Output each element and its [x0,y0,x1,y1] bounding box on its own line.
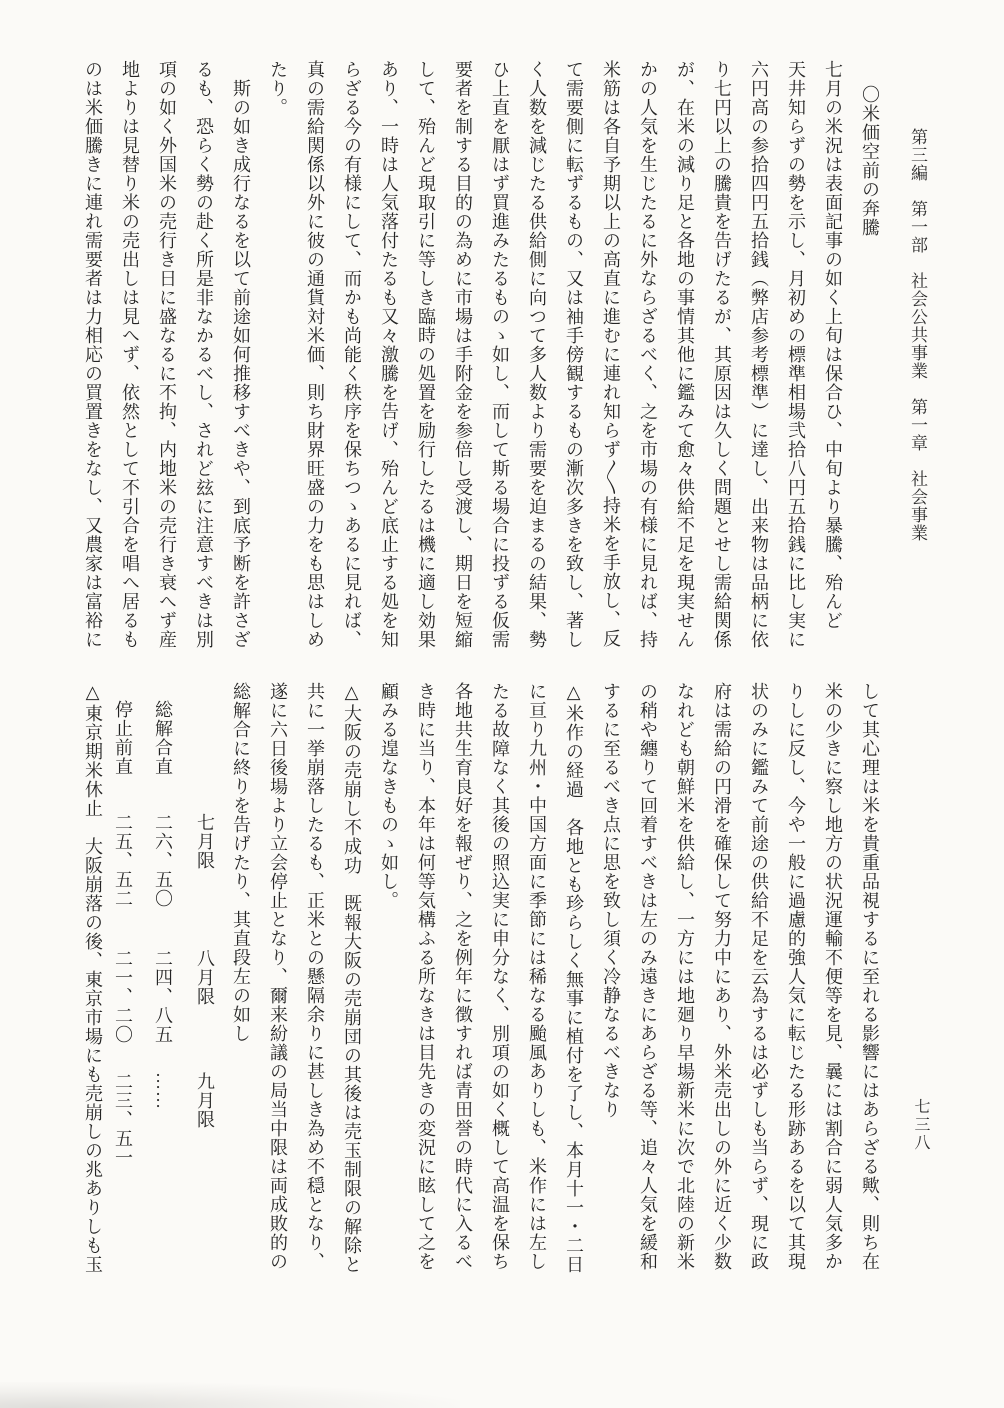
text-line: き時に当り、本年は何等気構ふる所なきは目先きの変況に眩して之を [407,682,444,1284]
text-line: 状のみに鑑みて前途の供給不足を云為するは必ずしも当らず、現に政 [740,682,777,1284]
text-line: 天井知らずの勢を示し、月初めの標準相場弐拾八円五拾銭に比し実に [777,60,814,662]
table-cell: 二四、八五 [153,949,172,1044]
text-line: て需要側に転ずるもの、又は袖手傍観するもの漸次多きを致し、著し [555,60,592,662]
text-line: して其心理は米を貴重品視するに至れる影響にはあらざる歟、則ち在 [851,682,888,1284]
text-line: 顧みる遑なきものゝ如し。 [370,682,407,1284]
bottom-text-block: して其心理は米を貴重品視するに至れる影響にはあらざる歟、則ち在 米の少きに察し地… [74,682,888,1284]
subsection-osaka-selloff: △大阪の売崩し不成功 既報大阪の売崩団の其後は売玉制限の解除と [333,682,370,1284]
table-cell: 二五、五二 [113,813,132,908]
table-row-label: 停止前直 [113,700,132,776]
text-line: たる故障なく其後の照込実に申分なく、別項の如く概して高温を保ち [481,682,518,1284]
text-line: 米の少きに察し地方の状況運輸不便等を見、曩には割合に弱人気多か [814,682,851,1284]
running-head: 第三編 第一部 社会公共事業 第一章 社会事業 [905,128,930,542]
text-line: 項の如く外国米の売行き日に盛なるに不拘、内地米の売行き衰へず産 [148,60,185,662]
top-text-block: 〇米価空前の奔騰 七月の米況は表面記事の如く上旬は保合ひ、中旬より暴騰、殆んど … [74,60,888,662]
text-line: して、殆んど現取引に等しき臨時の処置を励行したるは機に適し効果 [407,60,444,662]
table-cell: 二六、五〇 [153,813,172,908]
text-line: り七円以上の騰貴を告げたるが、其原因は久しく問題とせし需給関係 [703,60,740,662]
text-line: たり。 [259,60,296,662]
text-line: のは米価騰きに連れ需要者は力相応の買置きをなし、又農家は富裕に [74,60,111,662]
text-line: 地よりは見替り米の売出しは見へず、依然として不引合を唱へ居るも [111,60,148,662]
text-line: なれども朝鮮米を供給し、一方には地廻り早場新米に次で北陸の新米 [666,682,703,1284]
page-number: 七三八 [909,1098,932,1152]
price-table: 七月限 八月限 九月限 総解合直 二六、五〇 二四、八五 …… 停止前直 二五、… [111,682,222,1284]
text-line: 米筋は各自予期以上の高直に進むに連れ知らず〱持米を手放し、反 [592,60,629,662]
text-line: く人数を減じたる供給側に向つて多人数より需要を迫まるの結果、勢 [518,60,555,662]
table-month-header: 八月限 [195,949,214,1006]
text-line: の稍や纏りて回着すべきは左のみ遠きにあらざる等、追々人気を緩和 [629,682,666,1284]
book-page: 第三編 第一部 社会公共事業 第一章 社会事業 七三八 〇米価空前の奔騰 七月の… [0,0,1004,1408]
scan-artifact [0,1382,460,1408]
table-cell: 二一、二〇 [113,949,132,1044]
subsection-rice-crop: △米作の経過 各地とも珍らしく無事に植付を了し、本月十一・二日 [555,682,592,1284]
text-line: りしに反し、今や一般に過慮的強人気に転じたる形跡あるを以て其現 [777,682,814,1284]
text-line: 府は需給の円滑を確保して努力中にあり、外米売出しの外に近く少数 [703,682,740,1284]
table-row-label: 総解合直 [153,700,172,776]
text-line: あり、一時は人気落付たるも又々激騰を告げ、殆んど底止する処を知 [370,60,407,662]
text-line: 真の需給関係以外に彼の通貨対米価、則ち財界旺盛の力をも思はしめ [296,60,333,662]
table-cell: …… [153,1072,172,1110]
text-line: 総解合に終りを告げたり、其直段左の如し [222,682,259,1284]
text-line: 七月の米況は表面記事の如く上旬は保合ひ、中旬より暴騰、殆んど [814,60,851,662]
text-line: らざる今の有様にして、而かも尚能く秩序を保ちつゝあるに見れば、 [333,60,370,662]
text-line: 要者を制する目的の為めに市場は手附金を参倍し受渡し、期日を短縮 [444,60,481,662]
section-heading: 〇米価空前の奔騰 [851,60,888,662]
text-line: 遂に六日後場より立会停止となり、爾来紛議の局当中限は両成敗的の [259,682,296,1284]
text-line: るも、恐らく勢の赴く所是非なかるべし、されど玆に注意すべきは別 [185,60,222,662]
text-line: が、在米の減り足と各地の事情其他に鑑みて愈々供給不足を現実せん [666,60,703,662]
text-line: かの人気を生じたるに外ならざるべく、之を市場の有様に見れば、持 [629,60,666,662]
table-month-header: 九月限 [195,1072,214,1129]
text-line: 共に一挙崩落したるも、正米との懸隔余りに甚しき為め不穏となり、 [296,682,333,1284]
text-line: 各地共生育良好を報ぜり、之を例年に徴すれば青田誉の時代に入るべ [444,682,481,1284]
text-line: ひ上直を厭はず買進みたるものゝ如し、而して斯る場合に投ずる仮需 [481,60,518,662]
table-month-header: 七月限 [195,813,214,870]
table-cell: 二三、五一 [113,1072,132,1167]
text-line: 六円高の参拾四円五拾銭（弊店参考標準）に達し、出来物は品柄に依 [740,60,777,662]
subsection-tokyo-halt: △東京期米休止 大阪崩落の後、東京市場にも売崩しの兆ありしも玉 [74,682,111,1284]
text-line: するに至るべき点に思を致し須く冷静なるべきなり [592,682,629,1284]
text-line-paragraph-start: 斯の如き成行なるを以て前途如何推移すべきや、到底予断を許さざ [222,60,259,662]
text-line: に亘り九州・中国方面に季節には稀なる颱風ありしも、米作には左し [518,682,555,1284]
